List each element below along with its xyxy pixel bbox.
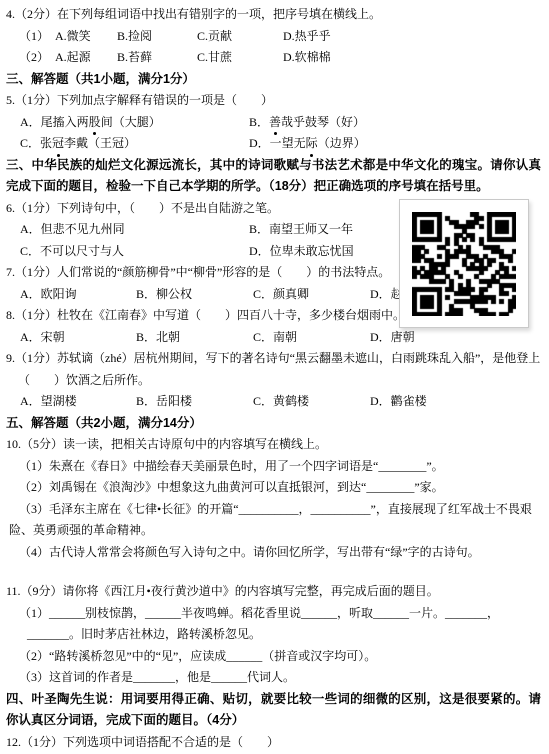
option-text: 间（大腿） [101, 115, 161, 129]
option-d: D．唐朝 [370, 327, 541, 349]
option-c: C.贡献 [197, 26, 283, 48]
option-b: B.捡阅 [117, 26, 197, 48]
option-b: B．善哉乎鼓琴（好） [249, 112, 541, 134]
question-10-stem: 10.（5分）读一读，把相关古诗原句中的内容填写在横线上。 [6, 434, 541, 456]
question-5: 5.（1分）下列加点字解释有错误的一项是（ ） A．尾搐入两股间（大腿） B．善… [6, 90, 541, 155]
section-3-header: 三、解答题（共1小题，满分1分） [6, 69, 541, 91]
option-d: D．鹳雀楼 [370, 391, 541, 413]
question-12-stem: 12.（1分）下列选项中词语搭配不合适的是（ ） [6, 732, 541, 754]
option-b: B.苔藓 [117, 47, 197, 69]
option-a: A．宋朝 [20, 327, 136, 349]
question-10-item-2: （2）刘禹锡在《浪淘沙》中想象这九曲黄河可以直抵银河，到达“________”家… [19, 477, 541, 499]
option-text: D．一望无 [249, 136, 306, 150]
question-11: 11.（9分）请你将《西江月•夜行黄沙道中》的内容填写完整，再完成后面的题目。 … [6, 581, 541, 689]
question-11-item-2: （2）“路转溪桥忽见”中的“见”，应读成______（拼音或汉字均可）。 [19, 646, 541, 668]
emphasized-char: 际 [306, 133, 318, 155]
option-d: D.热乎乎 [283, 26, 541, 48]
question-10-item-4: （4）古代诗人常常会将颜色写入诗句之中。请你回忆所学，写出带有“绿”字的古诗句。 [19, 542, 541, 564]
question-4-stem: 4.（2分）在下列每组词语中找出有错别字的一项，把序号填在横线上。 [6, 4, 541, 26]
emphasized-char: 股 [89, 112, 101, 134]
option-a: A．但悲不见九州同 [20, 219, 249, 241]
option-text: 李戴（王冠） [64, 136, 136, 150]
option-a: A．望湖楼 [20, 391, 136, 413]
emphasized-char: 善 [269, 112, 281, 134]
emphasized-char: 冠 [52, 133, 64, 155]
option-a: A.起源 [55, 47, 117, 69]
option-a: A.微笑 [55, 26, 117, 48]
question-11-item-3: （3）这首词的作者是_______，他是______代词人。 [19, 667, 541, 689]
question-5-options-row-2: C．张冠李戴（王冠） D．一望无际（边界） [20, 133, 541, 155]
item-number: （1） [19, 26, 55, 48]
question-10-item-1: （1）朱熹在《春日》中描绘春天美丽景色时，用了一个四字词语是“________”… [19, 456, 541, 478]
option-d: D.软棉棉 [283, 47, 541, 69]
question-10-item-3: （3）毛泽东主席在《七律•长征》的开篇“__________，_________… [9, 499, 541, 542]
question-10: 10.（5分）读一读，把相关古诗原句中的内容填写在横线上。 （1）朱熹在《春日》… [6, 434, 541, 563]
option-text: （边界） [318, 136, 366, 150]
option-c: C．黄鹤楼 [253, 391, 370, 413]
option-c: C.甘蔗 [197, 47, 283, 69]
question-5-options-row-1: A．尾搐入两股间（大腿） B．善哉乎鼓琴（好） [20, 112, 541, 134]
option-b: B．柳公权 [136, 284, 253, 306]
question-9-options: A．望湖楼 B．岳阳楼 C．黄鹤楼 D．鹳雀楼 [20, 391, 541, 413]
qr-code [399, 199, 529, 328]
question-11-stem: 11.（9分）请你将《西江月•夜行黄沙道中》的内容填写完整，再完成后面的题目。 [6, 581, 541, 603]
section-4-intro: 四、叶圣陶先生说：用词要用得正确、贴切，就要比较一些词的细微的区别，这是很要紧的… [6, 689, 541, 732]
option-text: A．尾搐入两 [20, 115, 89, 129]
section-5-header: 五、解答题（共2小题，满分14分） [6, 413, 541, 435]
option-a: A．尾搐入两股间（大腿） [20, 112, 249, 134]
section-3b-intro: 三、中华民族的灿烂文化源远流长，其中的诗词歌赋与书法艺术都是中华文化的瑰宝。请你… [6, 155, 541, 198]
question-11-item-1: （1）______别枝惊鹊，______半夜鸣蝉。稻花香里说______，听取_… [27, 603, 541, 646]
question-8-options: A．宋朝 B．北朝 C．南朝 D．唐朝 [20, 327, 541, 349]
question-5-stem: 5.（1分）下列加点字解释有错误的一项是（ ） [6, 90, 541, 112]
option-c: C．不可以尺寸与人 [20, 241, 249, 263]
option-c: C．南朝 [253, 327, 370, 349]
option-b: B．北朝 [136, 327, 253, 349]
question-9-stem: 9.（1分）苏轼谪（zhé）居杭州期间，写下的著名诗句“黑云翻墨未遮山，白雨跳珠… [18, 348, 541, 391]
option-a: A．欧阳询 [20, 284, 136, 306]
question-4-row-1: （1） A.微笑 B.捡阅 C.贡献 D.热乎乎 [19, 26, 541, 48]
option-text: B． [249, 115, 269, 129]
option-c: C．张冠李戴（王冠） [20, 133, 249, 155]
option-text: C．张 [20, 136, 52, 150]
item-number: （2） [19, 47, 55, 69]
question-9: 9.（1分）苏轼谪（zhé）居杭州期间，写下的著名诗句“黑云翻墨未遮山，白雨跳珠… [6, 348, 541, 413]
option-b: B．岳阳楼 [136, 391, 253, 413]
option-c: C．颜真卿 [253, 284, 370, 306]
question-4-row-2: （2） A.起源 B.苔藓 C.甘蔗 D.软棉棉 [19, 47, 541, 69]
option-d: D．一望无际（边界） [249, 133, 541, 155]
exam-page: 4.（2分）在下列每组词语中找出有错别字的一项，把序号填在横线上。 （1） A.… [0, 0, 549, 754]
qr-code-pattern-icon [412, 212, 516, 316]
option-text: 哉乎鼓琴（好） [281, 115, 365, 129]
question-4: 4.（2分）在下列每组词语中找出有错别字的一项，把序号填在横线上。 （1） A.… [6, 4, 541, 69]
